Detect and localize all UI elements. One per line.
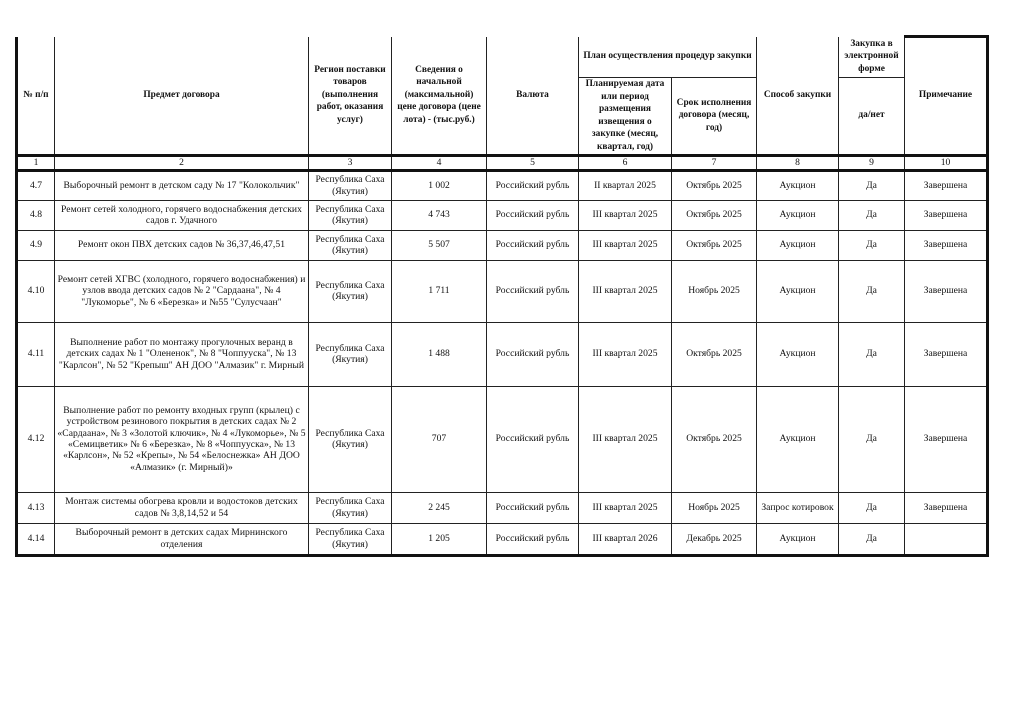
row-currency: Российский рубль — [487, 523, 579, 555]
row-region: Республика Саха (Якутия) — [309, 386, 392, 492]
row-planned-date: III квартал 2025 — [579, 386, 672, 492]
column-number: 4 — [392, 155, 487, 170]
row-region: Республика Саха (Якутия) — [309, 322, 392, 386]
row-planned-date: III квартал 2025 — [579, 230, 672, 260]
row-electronic: Да — [839, 170, 905, 200]
table-row: 4.14Выборочный ремонт в детских садах Ми… — [17, 523, 988, 555]
row-price: 2 245 — [392, 492, 487, 523]
row-currency: Российский рубль — [487, 260, 579, 322]
row-note: Завершена — [905, 170, 988, 200]
row-number: 4.13 — [17, 492, 55, 523]
row-price: 707 — [392, 386, 487, 492]
row-term: Декабрь 2025 — [672, 523, 757, 555]
column-number: 2 — [55, 155, 309, 170]
row-currency: Российский рубль — [487, 492, 579, 523]
row-subject: Ремонт окон ПВХ детских садов № 36,37,46… — [55, 230, 309, 260]
header-subject: Предмет договора — [55, 37, 309, 156]
row-method: Аукцион — [757, 386, 839, 492]
column-number-row: 1 2 3 4 5 6 7 8 9 10 — [17, 155, 988, 170]
table-row: 4.11Выполнение работ по монтажу прогулоч… — [17, 322, 988, 386]
header-plan-group: План осуществления процедур закупки — [579, 37, 757, 78]
row-term: Октябрь 2025 — [672, 170, 757, 200]
row-method: Запрос котировок — [757, 492, 839, 523]
column-number: 9 — [839, 155, 905, 170]
row-method: Аукцион — [757, 523, 839, 555]
row-region: Республика Саха (Якутия) — [309, 523, 392, 555]
row-electronic: Да — [839, 492, 905, 523]
table-row: 4.12Выполнение работ по ремонту входных … — [17, 386, 988, 492]
row-method: Аукцион — [757, 230, 839, 260]
row-note: Завершена — [905, 386, 988, 492]
header-note: Примечание — [905, 37, 988, 156]
row-planned-date: III квартал 2026 — [579, 523, 672, 555]
row-subject: Выполнение работ по монтажу прогулочных … — [55, 322, 309, 386]
table-row: 4.9Ремонт окон ПВХ детских садов № 36,37… — [17, 230, 988, 260]
header-electronic-group: Закупка в электронной форме — [839, 37, 905, 78]
row-note: Завершена — [905, 322, 988, 386]
row-number: 4.8 — [17, 200, 55, 230]
table-row: 4.10Ремонт сетей ХГВС (холодного, горяче… — [17, 260, 988, 322]
row-note: Завершена — [905, 492, 988, 523]
row-subject: Ремонт сетей холодного, горячего водосна… — [55, 200, 309, 230]
row-electronic: Да — [839, 523, 905, 555]
row-planned-date: III квартал 2025 — [579, 492, 672, 523]
header-currency: Валюта — [487, 37, 579, 156]
row-number: 4.10 — [17, 260, 55, 322]
row-price: 5 507 — [392, 230, 487, 260]
row-term: Октябрь 2025 — [672, 200, 757, 230]
row-subject: Монтаж системы обогрева кровли и водосто… — [55, 492, 309, 523]
row-electronic: Да — [839, 230, 905, 260]
row-subject: Выборочный ремонт в детском саду № 17 "К… — [55, 170, 309, 200]
row-number: 4.12 — [17, 386, 55, 492]
row-region: Республика Саха (Якутия) — [309, 200, 392, 230]
column-number: 10 — [905, 155, 988, 170]
header-method: Способ закупки — [757, 37, 839, 156]
row-number: 4.11 — [17, 322, 55, 386]
row-region: Республика Саха (Якутия) — [309, 230, 392, 260]
header-region: Регион поставки товаров (выполнения рабо… — [309, 37, 392, 156]
header-price: Сведения о начальной (максимальной) цене… — [392, 37, 487, 156]
row-note: Завершена — [905, 200, 988, 230]
header-electronic-yes-no: да/нет — [839, 78, 905, 156]
row-electronic: Да — [839, 322, 905, 386]
row-term: Октябрь 2025 — [672, 230, 757, 260]
row-planned-date: III квартал 2025 — [579, 200, 672, 230]
table-row: 4.7Выборочный ремонт в детском саду № 17… — [17, 170, 988, 200]
row-currency: Российский рубль — [487, 200, 579, 230]
header-number: № п/п — [17, 37, 55, 156]
row-currency: Российский рубль — [487, 322, 579, 386]
row-number: 4.7 — [17, 170, 55, 200]
row-note — [905, 523, 988, 555]
row-subject: Выполнение работ по ремонту входных груп… — [55, 386, 309, 492]
row-currency: Российский рубль — [487, 386, 579, 492]
row-planned-date: II квартал 2025 — [579, 170, 672, 200]
row-region: Республика Саха (Якутия) — [309, 170, 392, 200]
table-row: 4.13Монтаж системы обогрева кровли и вод… — [17, 492, 988, 523]
row-price: 1 488 — [392, 322, 487, 386]
row-subject: Ремонт сетей ХГВС (холодного, горячего в… — [55, 260, 309, 322]
row-currency: Российский рубль — [487, 170, 579, 200]
row-region: Республика Саха (Якутия) — [309, 260, 392, 322]
row-note: Завершена — [905, 230, 988, 260]
row-planned-date: III квартал 2025 — [579, 322, 672, 386]
table-row: 4.8Ремонт сетей холодного, горячего водо… — [17, 200, 988, 230]
row-method: Аукцион — [757, 322, 839, 386]
row-electronic: Да — [839, 386, 905, 492]
row-term: Ноябрь 2025 — [672, 260, 757, 322]
header-planned-date: Планируемая дата или период размещения и… — [579, 78, 672, 156]
row-region: Республика Саха (Якутия) — [309, 492, 392, 523]
row-method: Аукцион — [757, 260, 839, 322]
procurement-plan-table: № п/п Предмет договора Регион поставки т… — [15, 35, 989, 557]
row-method: Аукцион — [757, 200, 839, 230]
header-term: Срок исполнения договора (месяц, год) — [672, 78, 757, 156]
row-note: Завершена — [905, 260, 988, 322]
row-price: 1 205 — [392, 523, 487, 555]
column-number: 1 — [17, 155, 55, 170]
row-number: 4.14 — [17, 523, 55, 555]
row-method: Аукцион — [757, 170, 839, 200]
row-price: 4 743 — [392, 200, 487, 230]
row-currency: Российский рубль — [487, 230, 579, 260]
row-term: Октябрь 2025 — [672, 322, 757, 386]
column-number: 6 — [579, 155, 672, 170]
row-price: 1 002 — [392, 170, 487, 200]
row-subject: Выборочный ремонт в детских садах Мирнин… — [55, 523, 309, 555]
row-price: 1 711 — [392, 260, 487, 322]
column-number: 8 — [757, 155, 839, 170]
row-electronic: Да — [839, 200, 905, 230]
row-electronic: Да — [839, 260, 905, 322]
row-planned-date: III квартал 2025 — [579, 260, 672, 322]
row-term: Ноябрь 2025 — [672, 492, 757, 523]
column-number: 7 — [672, 155, 757, 170]
column-number: 3 — [309, 155, 392, 170]
row-term: Октябрь 2025 — [672, 386, 757, 492]
row-number: 4.9 — [17, 230, 55, 260]
column-number: 5 — [487, 155, 579, 170]
